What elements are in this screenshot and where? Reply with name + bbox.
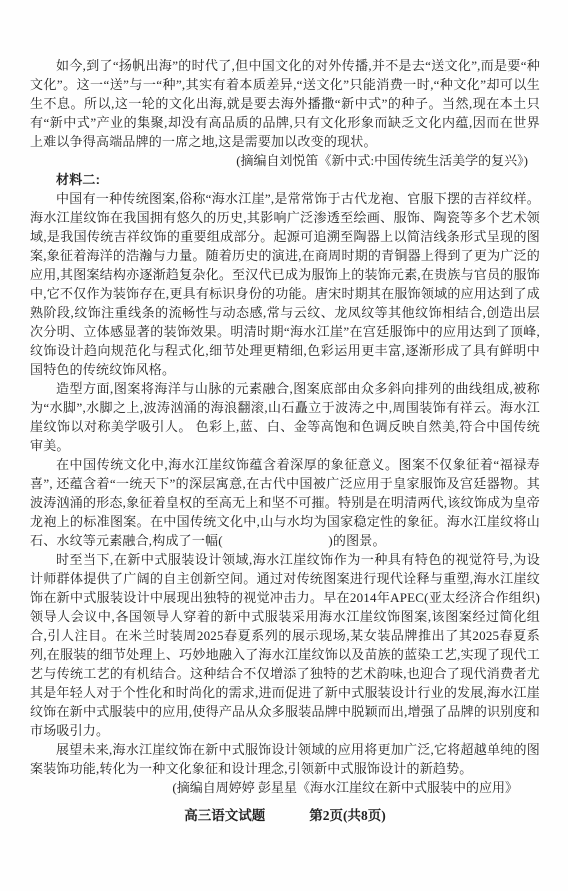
material-one-citation: (摘编自刘悦笛《新中式:中国传统生活美学的复兴》) bbox=[30, 151, 540, 170]
material-two-paragraph-outlook: 展望未来,海水江崖纹饰在新中式服饰设计领域的应用将更加广泛,它将超越单纯的图案装… bbox=[30, 740, 540, 778]
material-two-paragraph-symbolism: 在中国传统文化中,海水江崖纹饰蕴含着深厚的象征意义。图案不仅象征着“福禄寿喜”,… bbox=[30, 455, 540, 550]
page-footer: 高三语文试题 第2页(共8页) bbox=[30, 806, 540, 825]
material-two-citation: (摘编自周婷婷 彭星星《海水江崖纹在新中式服装中的应用》 bbox=[30, 778, 540, 797]
page-number: 第2页(共8页) bbox=[309, 806, 386, 825]
material-two-paragraph-modern: 时至当下,在新中式服装设计领域,海水江崖纹饰作为一种具有特色的视觉符号,为设计师… bbox=[30, 550, 540, 740]
material-two-paragraph-history: 中国有一种传统图案,俗称“海水江崖”,是常常饰于古代龙袍、官服下摆的吉祥纹样。海… bbox=[30, 189, 540, 379]
exam-title: 高三语文试题 bbox=[184, 806, 265, 825]
page-content: 如今,到了“扬帆出海”的时代了,但中国文化的对外传播,并不是去“送文化”,而是要… bbox=[30, 56, 540, 825]
material-one-paragraph: 如今,到了“扬帆出海”的时代了,但中国文化的对外传播,并不是去“送文化”,而是要… bbox=[30, 56, 540, 151]
material-two-heading: 材料二: bbox=[30, 170, 540, 189]
exam-paper-page: 如今,到了“扬帆出海”的时代了,但中国文化的对外传播,并不是去“送文化”,而是要… bbox=[0, 0, 568, 891]
material-two-paragraph-design: 造型方面,图案将海洋与山脉的元素融合,图案底部由众多斜向排列的曲线组成,被称为“… bbox=[30, 379, 540, 455]
